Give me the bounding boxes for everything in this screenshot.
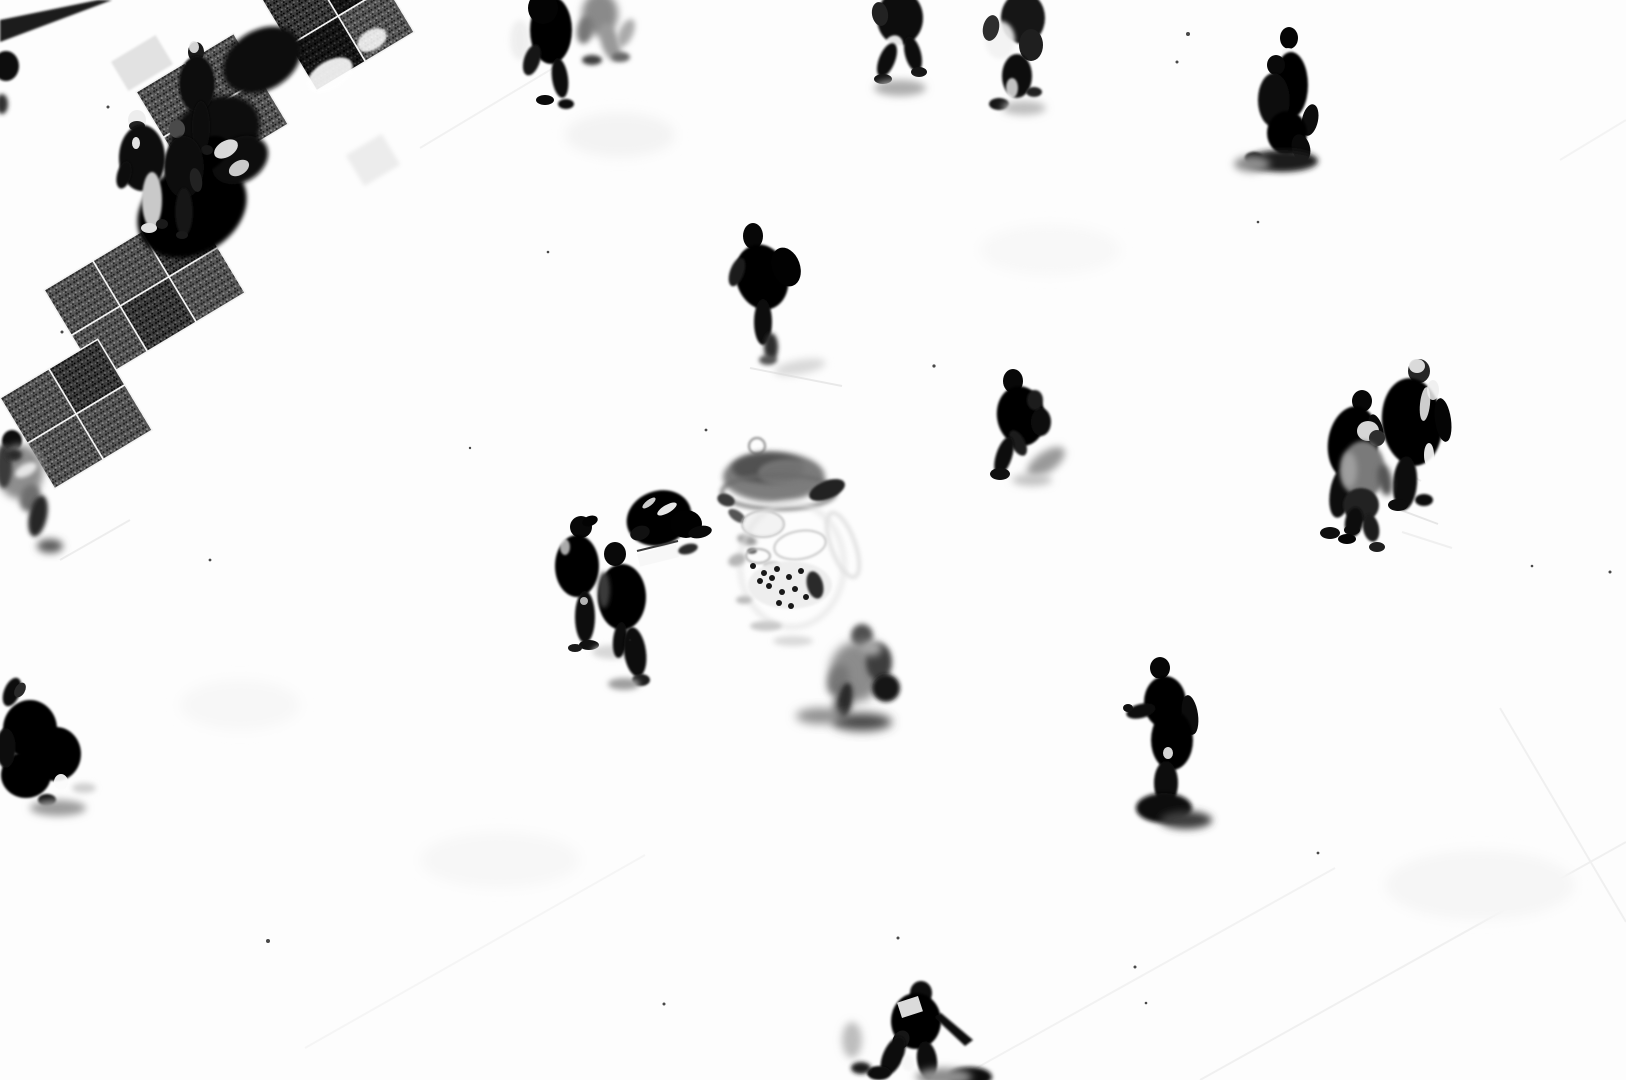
silhouette-part	[792, 586, 798, 592]
silhouette-part	[1031, 408, 1051, 436]
silhouette-part	[132, 137, 140, 149]
silhouette-part	[761, 570, 767, 576]
street-photo-overhead: Overhead black-and-white photograph of p…	[0, 0, 1626, 1080]
silhouette-part	[786, 574, 792, 580]
silhouette-part	[6, 449, 22, 461]
silhouette-part	[872, 674, 900, 702]
grain-speck	[1257, 221, 1260, 224]
silhouette-part	[769, 575, 775, 581]
silhouette-part	[141, 223, 157, 233]
silhouette-part	[1160, 811, 1212, 829]
silhouette-part	[156, 219, 168, 229]
grain-speck	[107, 106, 110, 109]
grain-speck	[1134, 966, 1137, 969]
silhouette-part	[54, 774, 68, 790]
silhouette-part	[1267, 55, 1285, 75]
silhouette-part	[902, 1055, 914, 1071]
silhouette-part	[176, 231, 188, 239]
grain-speck	[663, 1003, 666, 1006]
grain-speck	[469, 447, 471, 449]
grain-speck	[1186, 32, 1190, 36]
silhouette-part	[1123, 704, 1133, 712]
silhouette-part	[1427, 380, 1439, 400]
silhouette-part	[773, 636, 813, 646]
grain-speck	[61, 331, 64, 334]
silhouette-part	[766, 583, 772, 589]
grain-speck	[629, 639, 632, 642]
silhouette-part	[612, 52, 630, 62]
silhouette-part	[874, 80, 926, 96]
silhouette-part	[851, 1062, 871, 1074]
silhouette-part	[750, 563, 756, 569]
silhouette-part	[862, 640, 882, 656]
silhouette-part	[201, 145, 213, 155]
silhouette-part	[189, 41, 199, 53]
silhouette-part	[1026, 87, 1042, 97]
silhouette-part	[779, 589, 785, 595]
silhouette-part	[1415, 494, 1433, 506]
silhouette-part	[1150, 657, 1170, 679]
grain-speck	[705, 429, 708, 432]
silhouette-part	[1385, 850, 1575, 920]
silhouette-part	[788, 603, 794, 609]
silhouette-part	[175, 188, 193, 236]
silhouette-part	[565, 113, 675, 157]
silhouette-part	[1234, 156, 1270, 172]
silhouette-part	[980, 225, 1120, 275]
silhouette-part	[1012, 474, 1052, 486]
silhouette-part	[1341, 452, 1357, 488]
silhouette-part	[1320, 527, 1340, 539]
silhouette-part	[420, 832, 580, 888]
silhouette-part	[1409, 359, 1425, 373]
silhouette-part	[1002, 101, 1046, 115]
silhouette-part	[179, 56, 215, 112]
silhouette-part	[560, 539, 570, 555]
silhouette-part	[582, 55, 602, 65]
silhouette-part	[580, 597, 588, 605]
silhouette-part	[990, 468, 1010, 480]
silhouette-part	[169, 120, 185, 138]
grain-speck	[1145, 1002, 1148, 1005]
silhouette-part	[803, 594, 809, 600]
silhouette-part	[142, 172, 162, 228]
grain-speck	[325, 17, 328, 20]
silhouette-part	[1424, 443, 1434, 467]
silhouette-part	[558, 99, 574, 109]
silhouette-part	[1338, 534, 1356, 544]
silhouette-part	[736, 596, 752, 604]
silhouette-part	[1151, 710, 1193, 770]
silhouette-part	[37, 539, 63, 553]
silhouette-part	[568, 644, 582, 652]
grain-speck	[1531, 565, 1534, 568]
silhouette-part	[1163, 747, 1173, 759]
grain-speck	[932, 364, 935, 367]
silhouette-part	[604, 542, 626, 566]
silhouette-part	[180, 680, 300, 730]
silhouette-part	[608, 678, 640, 690]
silhouette-part	[30, 800, 86, 816]
silhouette-part	[72, 783, 96, 793]
silhouette-part	[1369, 542, 1385, 552]
silhouette-part	[776, 600, 782, 606]
grain-speck	[1176, 61, 1179, 64]
grain-speck	[266, 939, 270, 943]
silhouette-part	[774, 566, 780, 572]
silhouette-part	[1388, 499, 1408, 511]
silhouette-part	[1280, 27, 1298, 49]
photo-canvas: Overhead black-and-white photograph of p…	[0, 0, 1626, 1080]
silhouette-part	[842, 1022, 862, 1058]
silhouette-part	[758, 459, 818, 487]
grain-speck	[897, 937, 900, 940]
silhouette-part	[536, 95, 554, 105]
silhouette-part	[750, 621, 782, 631]
grain-speck	[209, 559, 212, 562]
grain-speck	[1317, 852, 1320, 855]
silhouette-part	[1006, 78, 1018, 98]
silhouette-part	[796, 708, 844, 724]
silhouette-part	[798, 568, 804, 574]
grain-speck	[547, 251, 550, 254]
grain-speck	[1609, 571, 1612, 574]
silhouette-part	[598, 572, 610, 608]
silhouette-part	[759, 355, 777, 365]
silhouette-part	[911, 67, 927, 77]
silhouette-part	[757, 578, 763, 584]
silhouette-part	[1027, 390, 1043, 410]
